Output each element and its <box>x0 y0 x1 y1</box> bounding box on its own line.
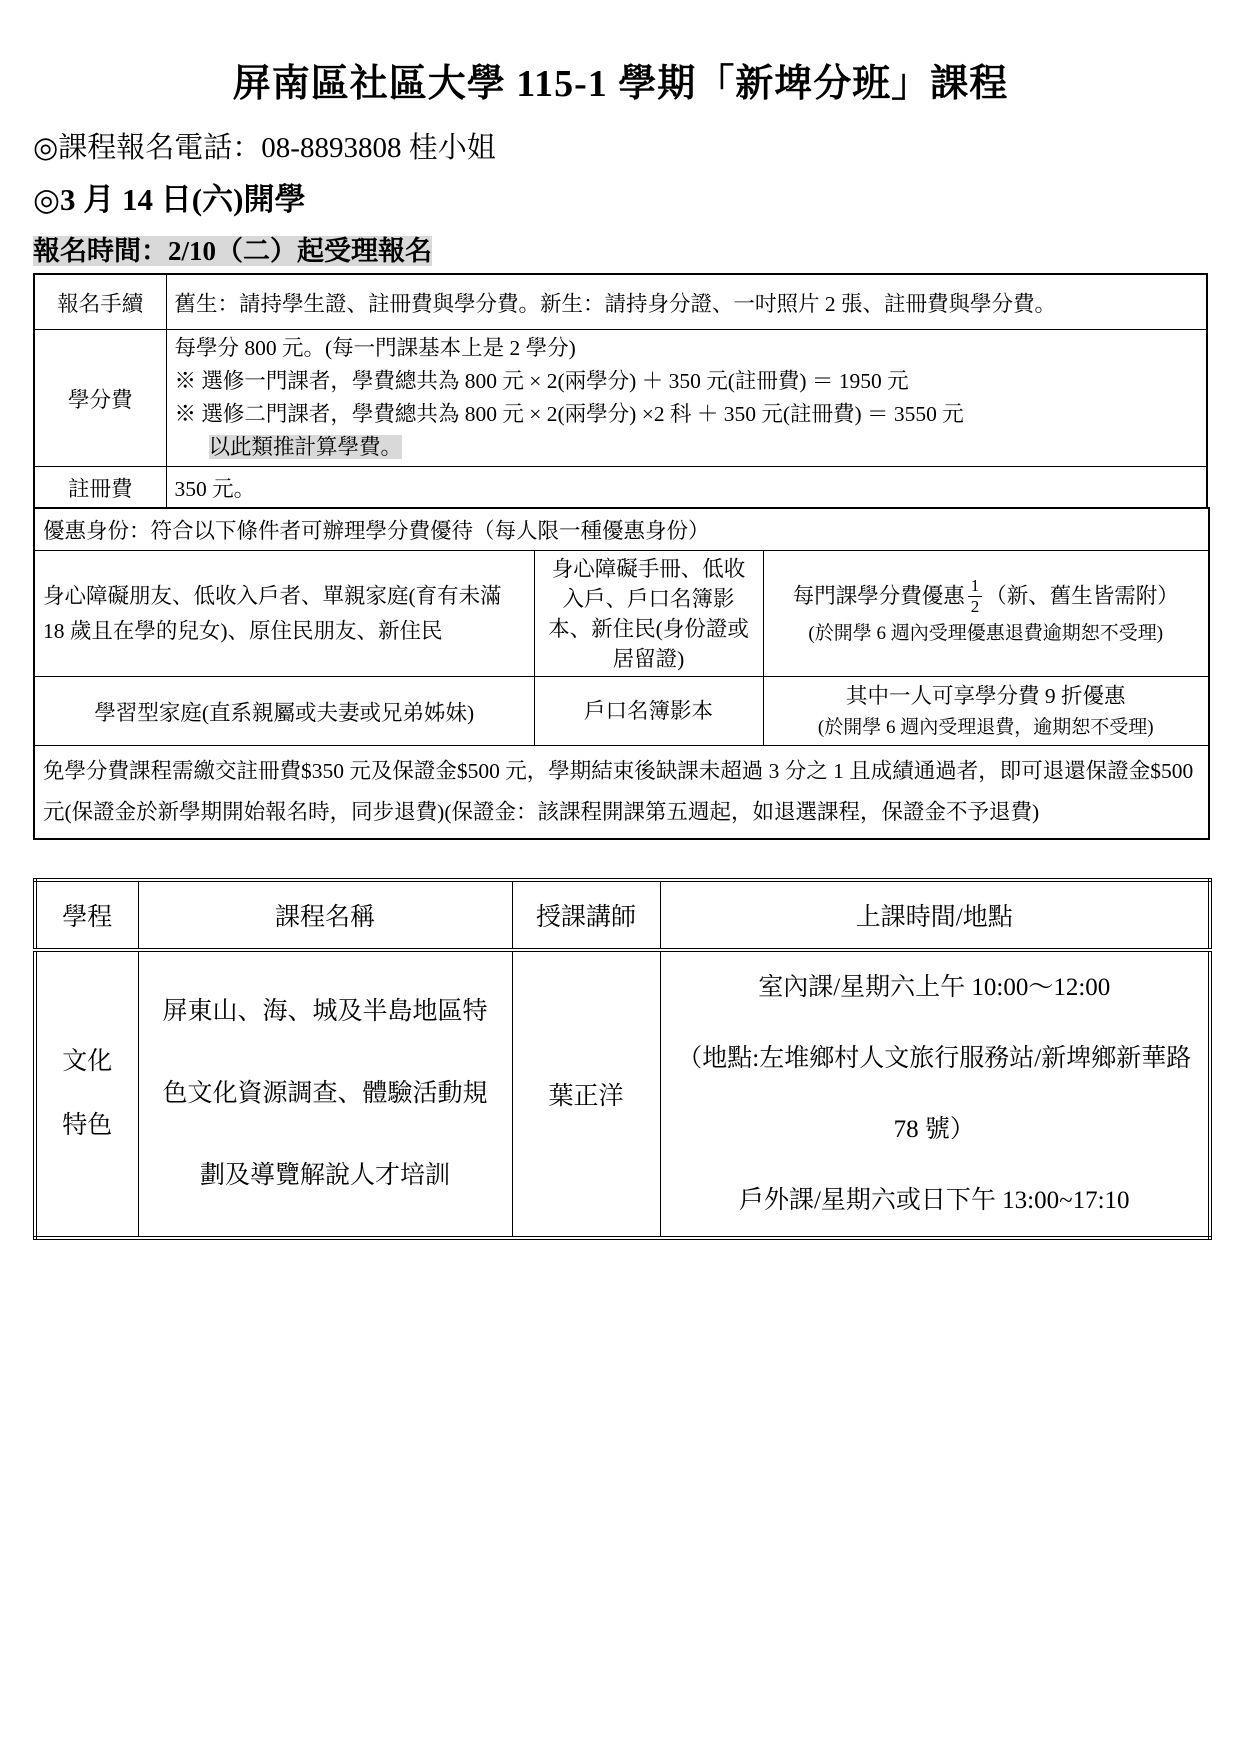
registration-fee-text: 350 元。 <box>166 467 1207 509</box>
registration-time-line: 報名時間：2/10（二）起受理報名 <box>33 229 1208 268</box>
registration-fee-label: 註冊費 <box>34 467 166 509</box>
credit-fee-line: ※ 選修一門課者，學費總共為 800 元 × 2(兩學分) ＋ 350 元(註冊… <box>175 365 1199 398</box>
identity-cell: 身心障礙朋友、低收入戶者、單親家庭(育有未滿 18 歲且在學的兒女)、原住民朋友… <box>34 551 534 677</box>
benefit-main: 每門課學分費優惠12（新、舊生皆需附） <box>772 578 1201 618</box>
header-instructor: 授課講師 <box>512 880 660 950</box>
benefit-cell: 其中一人可享學分費 9 折優惠 (於開學 6 週內受理退費，逾期恕不受理) <box>763 677 1209 746</box>
table-row: 優惠身份：符合以下條件者可辦理學分費優待（每人限一種優惠身份） <box>34 508 1209 551</box>
discount-table: 優惠身份：符合以下條件者可辦理學分費優待（每人限一種優惠身份） 身心障礙朋友、低… <box>33 507 1210 840</box>
table-row: 免學分費課程需繳交註冊費$350 元及保證金$500 元，學期結束後缺課未超過 … <box>34 746 1209 840</box>
registration-time-highlight: 報名時間：2/10（二）起受理報名 <box>33 236 432 266</box>
phone-line: ◎課程報名電話：08-8893808 桂小姐 <box>33 125 1208 166</box>
opening-day-line: ◎3 月 14 日(六)開學 <box>33 174 1208 219</box>
document-cell: 戶口名簿影本 <box>534 677 763 746</box>
course-name-cell: 屏東山、海、城及半島地區特色文化資源調查、體驗活動規劃及導覽解說人才培訓 <box>138 950 512 1238</box>
page-title: 屏南區社區大學 115-1 學期「新埤分班」課程 <box>33 52 1208 107</box>
credit-fee-note-line: 以此類推計算學費。 <box>175 431 1199 464</box>
table-row: 學習型家庭(直系親屬或夫妻或兄弟姊妹) 戶口名簿影本 其中一人可享學分費 9 折… <box>34 677 1209 746</box>
fees-table: 報名手續 舊生：請持學生證、註冊費與學分費。新生：請持身分證、一吋照片 2 張、… <box>33 273 1208 509</box>
discount-section-header: 優惠身份：符合以下條件者可辦理學分費優待（每人限一種優惠身份） <box>34 508 1209 551</box>
credit-fee-note-highlight: 以此類推計算學費。 <box>209 435 403 459</box>
header-program: 學程 <box>35 880 138 950</box>
credit-fee-label: 學分費 <box>34 330 166 467</box>
course-row: 文化特色 屏東山、海、城及半島地區特色文化資源調查、體驗活動規劃及導覽解說人才培… <box>35 950 1210 1238</box>
table-row: 報名手續 舊生：請持學生證、註冊費與學分費。新生：請持身分證、一吋照片 2 張、… <box>34 274 1207 330</box>
benefit-suffix: （新、舊生皆需附） <box>985 584 1179 608</box>
benefit-note: (於開學 6 週內受理優惠退費逾期恕不受理) <box>772 619 1201 649</box>
fraction-numerator: 1 <box>968 576 983 597</box>
procedure-label: 報名手續 <box>34 274 166 330</box>
procedure-text: 舊生：請持學生證、註冊費與學分費。新生：請持身分證、一吋照片 2 張、註冊費與學… <box>166 274 1207 330</box>
benefit-cell: 每門課學分費優惠12（新、舊生皆需附） (於開學 6 週內受理優惠退費逾期恕不受… <box>763 551 1209 677</box>
instructor-cell: 葉正洋 <box>512 950 660 1238</box>
document-page: 屏南區社區大學 115-1 學期「新埤分班」課程 ◎課程報名電話：08-8893… <box>0 52 1241 1240</box>
schedule-cell: 室內課/星期六上午 10:00～12:00（地點:左堆鄉村人文旅行服務站/新埤鄉… <box>660 950 1210 1238</box>
table-row: 註冊費 350 元。 <box>34 467 1207 509</box>
header-course-name: 課程名稱 <box>138 880 512 950</box>
benefit-note: (於開學 6 週內受理退費，逾期恕不受理) <box>772 713 1201 743</box>
program-cell: 文化特色 <box>35 950 138 1238</box>
course-table: 學程 課程名稱 授課講師 上課時間/地點 文化特色 屏東山、海、城及半島地區特色… <box>33 878 1212 1240</box>
course-table-header-row: 學程 課程名稱 授課講師 上課時間/地點 <box>35 880 1210 950</box>
header-schedule: 上課時間/地點 <box>660 880 1210 950</box>
one-half-fraction: 12 <box>968 576 983 616</box>
credit-fee-line: 每學分 800 元。(每一門課基本上是 2 學分) <box>175 332 1199 365</box>
benefit-prefix: 每門課學分費優惠 <box>793 584 965 608</box>
document-cell: 身心障礙手冊、低收入戶、戶口名簿影本、新住民(身份證或居留證) <box>534 551 763 677</box>
table-row: 身心障礙朋友、低收入戶者、單親家庭(育有未滿 18 歲且在學的兒女)、原住民朋友… <box>34 551 1209 677</box>
credit-fee-content: 每學分 800 元。(每一門課基本上是 2 學分) ※ 選修一門課者，學費總共為… <box>166 330 1207 467</box>
fraction-denominator: 2 <box>968 597 983 617</box>
credit-fee-line: ※ 選修二門課者，學費總共為 800 元 × 2(兩學分) ×2 科 ＋ 350… <box>175 398 1199 431</box>
table-row: 學分費 每學分 800 元。(每一門課基本上是 2 學分) ※ 選修一門課者，學… <box>34 330 1207 467</box>
identity-cell: 學習型家庭(直系親屬或夫妻或兄弟姊妹) <box>34 677 534 746</box>
deposit-note: 免學分費課程需繳交註冊費$350 元及保證金$500 元，學期結束後缺課未超過 … <box>34 746 1209 840</box>
benefit-main: 其中一人可享學分費 9 折優惠 <box>772 679 1201 713</box>
